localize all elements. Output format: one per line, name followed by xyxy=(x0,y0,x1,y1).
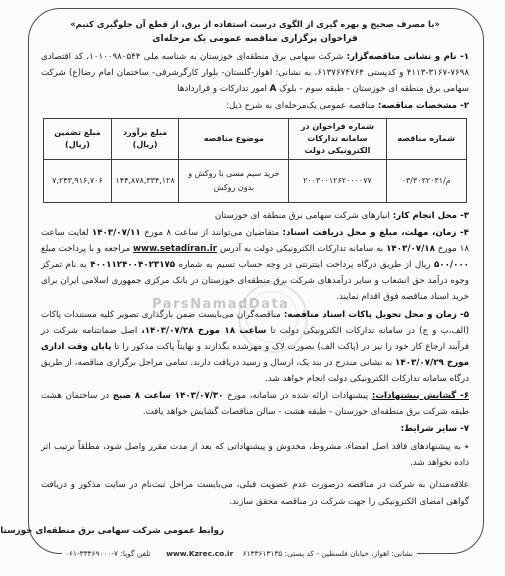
block-letter: A xyxy=(270,84,277,94)
tender-table: شماره مناقصه شماره فراخوان در سامانه تدا… xyxy=(43,118,467,203)
col-subject: موضوع مناقصه xyxy=(179,118,289,159)
bank-account-number: ۴۰۰۱۱۲۴۰۰۴۰۲۳۱۷۵ xyxy=(90,260,175,270)
col-guarantee-amount: مبلغ تضمین (ریال) xyxy=(44,118,112,159)
cell-guarantee-amount: ۷,۲۴۳,۹۱۶,۷۰۶ xyxy=(44,159,112,202)
terms-bullet-text: به پیشنهادهای فاقد اصل امضاء، مشروط، مخد… xyxy=(41,442,469,468)
tender-table-data-row: م/۰۳/۳۰۲۲۰۳۱ ۲۰۰۳۰۰۱۲۶۲۰۰۰۰۷۷ خرید سیم م… xyxy=(44,159,467,202)
section-3-work-location: ۳- محل انجام کار: انبارهای شرکت سهامی بر… xyxy=(41,208,469,224)
document-title: فراخوان برگزاری مناقصه عمومی یک مرحله‌ای xyxy=(41,34,469,44)
section-5-label: ۵- زمان و محل تحویل پاکات اسناد مناقصه: xyxy=(284,310,469,320)
page-footer: نشانی: اهواز، خیابان فلسطین - کد پستی: ۶… xyxy=(62,546,417,560)
section-4-label: ۴- زمان، مهلت، مبلغ و محل دریافت اسناد: xyxy=(283,228,469,238)
star-icon: ٭ xyxy=(464,442,469,452)
section-4-document-purchase: ۴- زمان، مهلت، مبلغ و محل دریافت اسناد: … xyxy=(41,225,469,305)
section-1-text-2: امور تدارکات و قراردادها xyxy=(177,84,267,94)
cell-tender-number: م/۰۳/۳۰۲۲۰۳۱ xyxy=(386,159,466,202)
footer-phone-label: تلفن گویا: xyxy=(120,549,150,558)
section-5-envelope-delivery: ۵- زمان و محل تحویل پاکات اسناد مناقصه: … xyxy=(41,307,469,387)
terms-bullet: ٭ به پیشنهادهای فاقد اصل امضاء، مشروط، م… xyxy=(41,439,469,471)
section-6-bid-opening: ۶- گشایش پیشنهادات: پیشنهادات ارائه شده … xyxy=(41,388,469,420)
registration-note: علاقه‌مندان به شرکت در مناقصه درصورت عدم… xyxy=(41,477,469,509)
signature-public-relations: روابط عمومی شرکت سهامی برق منطقه‌ای خوزس… xyxy=(41,526,224,536)
setadiran-url: www.setadiran.ir xyxy=(133,244,217,254)
section-2-tender-specs: ۲- مشخصات مناقصه: مناقصه عمومی یک‌مرحله‌… xyxy=(41,98,469,114)
cell-estimate-amount: ۱۴۴,۸۷۸,۳۳۴,۱۲۸ xyxy=(111,159,179,202)
col-call-number: شماره فراخوان در سامانه تدارکات الکترونی… xyxy=(289,118,386,159)
section-4-text: متقاضیان می‌توانند از ساعت ۸ مورخ xyxy=(144,228,279,238)
section-7-other-terms: ۷- سایر شرایط: xyxy=(41,421,469,437)
footer-address: نشانی: اهواز، خیابان فلسطین - کد پستی: ۶… xyxy=(243,549,413,558)
col-estimate-amount: مبلغ برآورد (ریال) xyxy=(111,118,179,159)
date-end: ۱۴۰۳/۰۷/۱۸ xyxy=(386,244,435,254)
section-3-text: انبارهای شرکت سهامی برق منطقه ای خوزستان xyxy=(215,211,390,221)
section-6-text: پیشنهادات ارائه شده در سامانه، مورخ xyxy=(227,391,368,401)
section-2-label: ۲- مشخصات مناقصه: xyxy=(378,101,469,111)
section-4-text-4: مراجعه و با پرداخت مبلغ xyxy=(41,244,130,254)
slogan: «با مصرف صحیح و بهره گیری از الگوی درست … xyxy=(41,18,469,31)
cell-subject: خرید سیم مسی با روکش و بدون روکش xyxy=(179,159,289,202)
footer-website: www.Kzrec.co.ir xyxy=(166,549,233,558)
opening-date-time: ۱۴۰۳/۰۷/۳۰ ساعت ۸ صبح xyxy=(113,391,224,401)
upload-deadline: ساعت ۱۸ مورخ ۱۴۰۳/۰۷/۲۸، xyxy=(141,326,266,336)
section-4-text-3: به سامانه تدارکات الکترونیکی دولت به آدر… xyxy=(220,244,383,254)
cell-call-number: ۲۰۰۳۰۰۱۲۶۲۰۰۰۰۷۷ xyxy=(289,159,386,202)
scanned-tender-notice: { "header": { "slogan": "«با مصرف صحیح و… xyxy=(0,0,505,576)
section-7-label: ۷- سایر شرایط: xyxy=(401,424,469,434)
footer-phone: ۰۶۱-۳۳۳۶۹۰۰۰-۷ xyxy=(65,549,118,558)
tender-table-header-row: شماره مناقصه شماره فراخوان در سامانه تدا… xyxy=(44,118,467,159)
section-4-text-5: ریال از طریق درگاه پرداخت اینترنتی در وج… xyxy=(179,260,431,270)
section-2-text: مناقصه عمومی یک‌مرحله‌ای به شرح ذیل: xyxy=(226,101,375,111)
section-1-bidder-name-address: ۱- نام و نشانی مناقصه‌گزار: شرکت سهامی ب… xyxy=(41,49,469,97)
document-frame: «با مصرف صحیح و بهره گیری از الگوی درست … xyxy=(28,8,484,554)
document-fee: ۵۰۰/۰۰۰ xyxy=(434,260,469,270)
section-1-label: ۱- نام و نشانی مناقصه‌گزار: xyxy=(347,52,469,62)
date-start: ۱۴۰۳/۰۷/۱۱ xyxy=(92,228,141,238)
section-3-label: ۳- محل انجام کار: xyxy=(393,211,469,221)
section-6-label: ۶- گشایش پیشنهادات: xyxy=(372,391,469,401)
col-tender-number: شماره مناقصه xyxy=(386,118,466,159)
